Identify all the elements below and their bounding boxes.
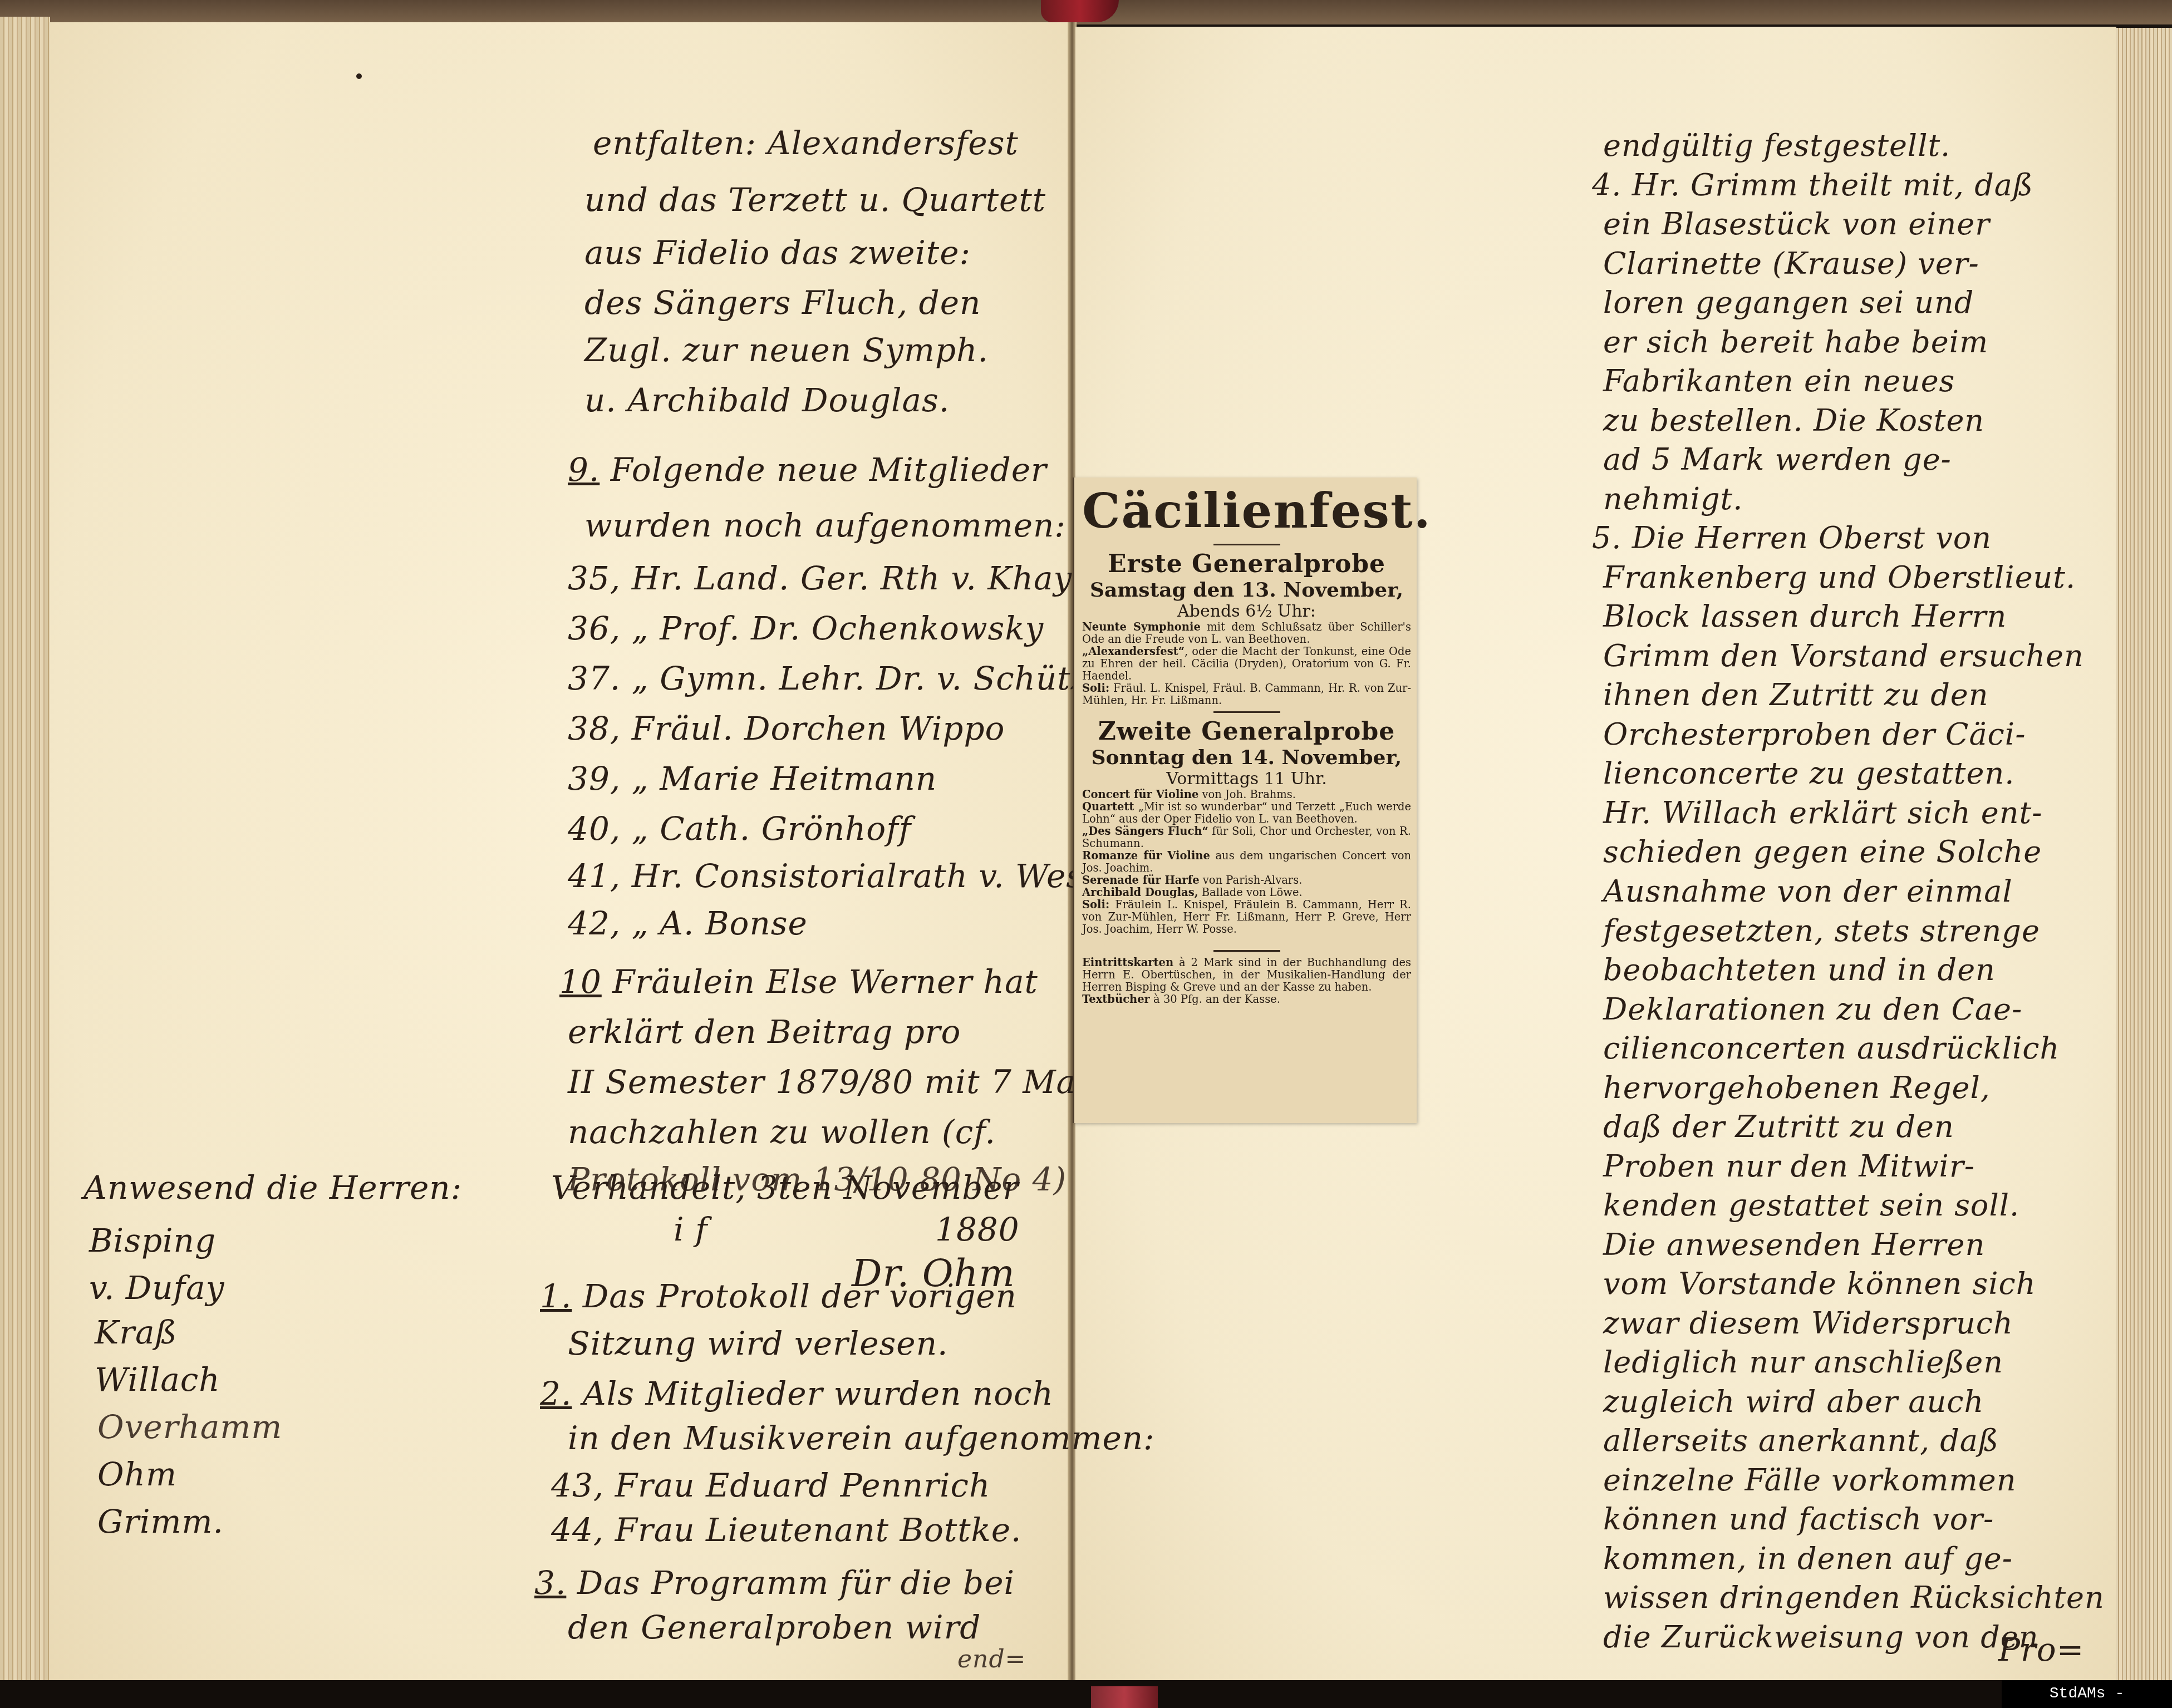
handwritten-line: lienconcerte zu gestatten. <box>1603 759 2014 789</box>
member-row: 44, Frau Lieutenant Bottke. <box>551 1514 1022 1546</box>
handwritten-line: 5. Die Herren Oberst von <box>1592 523 1992 553</box>
session-item: 2. Als Mitglieder wurden noch <box>540 1377 1054 1410</box>
handwritten-line: Frankenberg und Oberstlieut. <box>1603 563 2076 593</box>
divider <box>1213 950 1280 952</box>
item-number: 3. <box>534 1564 566 1602</box>
work-title: Serenade für Harfe <box>1082 874 1200 887</box>
second-rehearsal-date: Sonntag den 14. November, <box>1082 746 1411 769</box>
program-entry: Soli: Fräul. L. Knispel, Fräul. B. Camma… <box>1082 682 1411 707</box>
clipping-title: Cäcilienfest. <box>1082 483 1411 539</box>
handwritten-line: Proben nur den Mitwir- <box>1603 1151 1975 1182</box>
member-row: 42, „ A. Bonse <box>568 907 808 939</box>
member-number: 41, <box>568 857 621 895</box>
handwritten-line: die Zurückweisung von den <box>1603 1622 2039 1652</box>
member-row: 38, Fräul. Dorchen Wippo <box>568 712 1005 745</box>
ticket-info: Eintrittskarten à 2 Mark sind in der Buc… <box>1082 957 1411 993</box>
member-row: 35, Hr. Land. Ger. Rth v. Khaynach <box>568 562 1153 594</box>
handwritten-line: beobachteten und in den <box>1603 955 1996 985</box>
program-entry: Archibald Douglas, Ballade von Löwe. <box>1082 887 1411 899</box>
item-text: Als Mitglieder wurden noch <box>583 1375 1054 1412</box>
handwritten-line: lediglich nur anschließen <box>1603 1347 2003 1377</box>
handwritten-line: Deklarationen zu den Cae- <box>1603 995 2022 1025</box>
first-rehearsal-heading: Erste Generalprobe <box>1082 550 1411 578</box>
attendee: Bisping <box>89 1224 216 1257</box>
second-rehearsal-time: Vormittags 11 Uhr. <box>1082 769 1411 789</box>
handwritten-line: nehmigt. <box>1603 484 1743 514</box>
work-detail: von Joh. Brahms. <box>1198 788 1296 801</box>
ticket-info: Textbücher à 30 Pfg. an der Kasse. <box>1082 993 1411 1006</box>
member-number: 38, <box>568 710 621 747</box>
handwritten-line: Ausnahme von der einmal <box>1603 877 2013 907</box>
attendance-heading: Anwesend die Herren: <box>83 1172 462 1204</box>
handwritten-line: u. Archibald Douglas. <box>584 384 950 416</box>
handwritten-line: Clarinette (Krause) ver- <box>1603 249 1979 279</box>
session-item: 1. Das Protokoll der vorigen <box>540 1280 1017 1312</box>
member-name: Frau Lieutenant Bottke. <box>615 1511 1022 1549</box>
handwritten-line: hervorgehobenen Regel, <box>1603 1073 1991 1103</box>
handwritten-line: Orchesterproben der Cäci- <box>1603 720 2026 750</box>
handwritten-line: des Sängers Fluch, den <box>584 287 981 319</box>
member-name: „ Prof. Dr. Ochenkowsky <box>632 609 1044 647</box>
member-name: „ Cath. Grönhoff <box>632 810 912 848</box>
item-10-line: 10 Fräulein Else Werner hat <box>559 966 1038 998</box>
ink-dot <box>356 73 362 79</box>
member-name: „ A. Bonse <box>632 904 808 942</box>
item-9-line: wurden noch aufgenommen: <box>584 509 1066 542</box>
program-entry: Serenade für Harfe von Parish-Alvars. <box>1082 874 1411 887</box>
handwritten-line: ihnen den Zutritt zu den <box>1603 680 1989 710</box>
work-detail: Fräul. L. Knispel, Fräul. B. Cammann, Hr… <box>1082 682 1411 707</box>
handwritten-line: Die anwesenden Herren <box>1603 1230 1985 1260</box>
session-item-line: in den Musikverein aufgenommen: <box>568 1422 1155 1454</box>
book-cover-bottom <box>0 1680 2172 1708</box>
attendee: v. Dufay <box>89 1272 224 1304</box>
item-number: 2. <box>540 1375 572 1412</box>
handwritten-line: allerseits anerkannt, daß <box>1603 1426 1999 1456</box>
work-title: „Des Sängers Fluch“ <box>1082 825 1208 838</box>
session-item-line: Sitzung wird verlesen. <box>568 1327 948 1360</box>
member-number: 44, <box>551 1511 604 1549</box>
handwritten-line: zu bestellen. Die Kosten <box>1603 406 1984 436</box>
member-name: „ Gymn. Lehr. Dr. v. Schütz <box>632 659 1089 697</box>
item-text: Das Programm für die bei <box>577 1564 1015 1602</box>
attendee: Kraß <box>95 1316 177 1348</box>
handwritten-line: cilienconcerten ausdrücklich <box>1603 1033 2060 1064</box>
handwritten-line: Block lassen durch Herrn <box>1603 602 2007 632</box>
ticket-label: Textbücher <box>1082 993 1150 1006</box>
program-entry: Concert für Violine von Joh. Brahms. <box>1082 789 1411 801</box>
member-number: 37. <box>568 659 621 697</box>
program-entry: „Des Sängers Fluch“ für Soli, Chor und O… <box>1082 825 1411 850</box>
session-item-line: den Generalproben wird <box>568 1611 981 1643</box>
work-title: „Alexandersfest“ <box>1082 645 1185 658</box>
page-edges-right <box>2115 28 2172 1681</box>
first-rehearsal-time: Abends 6½ Uhr: <box>1082 602 1411 621</box>
program-entry: Neunte Symphonie mit dem Schlußsatz über… <box>1082 621 1411 646</box>
program-entry: Soli: Fräulein L. Knispel, Fräulein B. C… <box>1082 899 1411 936</box>
work-detail: Ballade von Löwe. <box>1198 886 1303 899</box>
item-number: 9. <box>568 451 599 489</box>
handwritten-line: aus Fidelio das zweite: <box>584 237 971 269</box>
program-entry: Quartett „Mir ist so wunderbar“ und Terz… <box>1082 801 1411 825</box>
attendee: Overhamm <box>97 1411 282 1443</box>
handwritten-line: Zugl. zur neuen Symph. <box>584 334 989 366</box>
work-title: Soli: <box>1082 682 1109 695</box>
member-row: 36, „ Prof. Dr. Ochenkowsky <box>568 612 1044 644</box>
work-title: Neunte Symphonie <box>1082 621 1201 633</box>
handwritten-line: zugleich wird aber auch <box>1603 1387 1984 1417</box>
handwritten-line: vom Vorstande können sich <box>1603 1269 2036 1299</box>
newspaper-clipping: Cäcilienfest. Erste Generalprobe Samstag… <box>1073 478 1417 1123</box>
first-rehearsal-date: Samstag den 13. November, <box>1082 578 1411 602</box>
item-10-line: erklärt den Beitrag pro <box>568 1016 961 1048</box>
member-name: „ Marie Heitmann <box>632 760 937 798</box>
handwritten-line: können und factisch vor- <box>1603 1504 1994 1534</box>
ticket-label: Eintrittskarten <box>1082 956 1173 969</box>
item-10-line: nachzahlen zu wollen (cf. <box>568 1116 996 1148</box>
handwritten-line: kommen, in denen auf ge- <box>1603 1544 2013 1574</box>
work-title: Romanze für Violine <box>1082 849 1210 862</box>
handwritten-line: entfalten: Alexandersfest <box>593 127 1019 159</box>
session-item: 3. Das Programm für die bei <box>534 1567 1015 1599</box>
member-number: 39, <box>568 760 621 798</box>
item-number: 10 <box>559 963 602 1001</box>
divider <box>1213 544 1280 545</box>
work-title: Quartett <box>1082 800 1134 813</box>
handwritten-line: Fabrikanten ein neues <box>1603 366 1955 396</box>
work-detail: von Parish-Alvars. <box>1200 874 1303 887</box>
handwritten-line: daß der Zutritt zu den <box>1603 1112 1954 1142</box>
divider <box>1213 711 1280 713</box>
item-10-line: II Semester 1879/80 mit 7 Mark <box>568 1066 1112 1098</box>
second-rehearsal-heading: Zweite Generalprobe <box>1082 717 1411 746</box>
item-number: 1. <box>540 1277 572 1315</box>
work-title: Archibald Douglas, <box>1082 886 1198 899</box>
attendee: Ohm <box>97 1458 177 1490</box>
work-title: Concert für Violine <box>1082 788 1198 801</box>
handwritten-line: Hr. Willach erklärt sich ent- <box>1603 798 2043 828</box>
catchword: end= <box>957 1647 1026 1672</box>
member-row: 39, „ Marie Heitmann <box>568 762 937 795</box>
member-number: 40, <box>568 810 621 848</box>
attendee: Grimm. <box>97 1505 224 1538</box>
session-heading: Verhandelt, 3ten November <box>551 1172 1019 1204</box>
handwritten-line: festgesetzten, stets strenge <box>1603 916 2040 946</box>
handwritten-line: zwar diesem Widerspruch <box>1603 1308 2013 1338</box>
member-row: 37. „ Gymn. Lehr. Dr. v. Schütz <box>568 662 1088 695</box>
item-text: Das Protokoll der vorigen <box>583 1277 1017 1315</box>
work-detail: Fräulein L. Knispel, Fräulein B. Cammann… <box>1082 898 1411 936</box>
handwritten-line: loren gegangen sei und <box>1603 288 1974 318</box>
bookmark-ribbon-bottom <box>1091 1686 1158 1708</box>
member-number: 35, <box>568 559 621 597</box>
handwritten-line: er sich bereit habe beim <box>1603 327 1988 357</box>
bookmark-ribbon-top <box>1041 0 1119 22</box>
member-number: 42, <box>568 904 621 942</box>
program-entry: Romanze für Violine aus dem ungarischen … <box>1082 850 1411 874</box>
handwritten-line: endgültig festgestellt. <box>1603 131 1950 161</box>
member-number: 36, <box>568 609 621 647</box>
handwritten-line: einzelne Fälle vorkommen <box>1603 1465 2016 1495</box>
handwritten-line: 4. Hr. Grimm theilt mit, daß <box>1592 170 2033 200</box>
program-entry: „Alexandersfest“, oder die Macht der Ton… <box>1082 646 1411 682</box>
archive-signature-label: StdAMs - MV_003_112 <box>2002 1680 2172 1708</box>
item-9-line: 9. Folgende neue Mitglieder <box>568 454 1047 486</box>
item-text: Fräulein Else Werner hat <box>612 963 1038 1001</box>
member-row: 43, Frau Eduard Pennrich <box>551 1469 990 1502</box>
work-title: Soli: <box>1082 898 1109 911</box>
session-year: 1880 <box>935 1213 1020 1246</box>
signature-prefix: i f <box>674 1213 707 1246</box>
member-row: 40, „ Cath. Grönhoff <box>568 813 911 845</box>
member-name: Fräul. Dorchen Wippo <box>632 710 1005 747</box>
member-number: 43, <box>551 1466 604 1504</box>
item-text: Folgende neue Mitglieder <box>611 451 1047 489</box>
attendee: Willach <box>95 1364 220 1396</box>
member-name: Frau Eduard Pennrich <box>615 1466 991 1504</box>
handwritten-line: ad 5 Mark werden ge- <box>1603 445 1952 475</box>
catchword: Pro= <box>1998 1633 2084 1666</box>
handwritten-line: und das Terzett u. Quartett <box>584 184 1046 216</box>
page-edges-left <box>0 17 50 1684</box>
handwritten-line: schieden gegen eine Solche <box>1603 837 2042 867</box>
ticket-detail: à 30 Pfg. an der Kasse. <box>1150 993 1280 1006</box>
handwritten-line: ein Blasestück von einer <box>1603 209 1990 239</box>
handwritten-line: Grimm den Vorstand ersuchen <box>1603 641 2084 671</box>
handwritten-line: wissen dringenden Rücksichten <box>1603 1583 2105 1613</box>
handwritten-line: kenden gestattet sein soll. <box>1603 1190 2019 1220</box>
